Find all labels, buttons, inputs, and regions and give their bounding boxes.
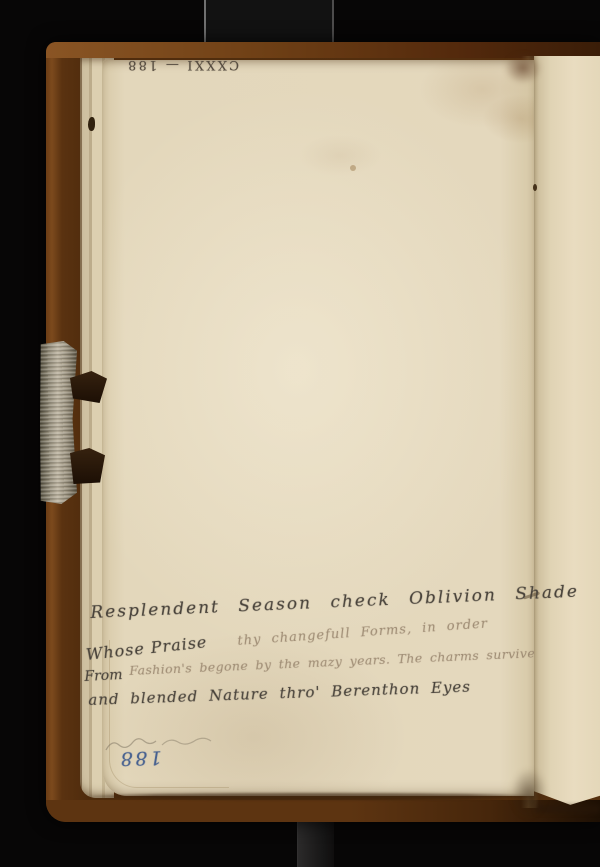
gutter-stain-top	[504, 52, 542, 84]
page-bottom-shadow	[88, 793, 536, 800]
folio-number-blue: 188	[108, 743, 173, 773]
ink-speck	[533, 184, 537, 191]
facing-page	[534, 56, 600, 814]
sketchbook-photograph: CXXXI — 188 Resplendent Season check Obl…	[0, 0, 600, 867]
page-edge-notch	[88, 117, 95, 131]
clasp-strap-lower	[70, 448, 105, 484]
metal-clasp	[40, 341, 77, 504]
foxing-spot	[350, 165, 356, 171]
inventory-stamp: CXXXI — 188	[103, 54, 239, 74]
gutter-stain-bottom	[511, 768, 547, 818]
handwriting-line-4-start: From	[84, 667, 123, 685]
